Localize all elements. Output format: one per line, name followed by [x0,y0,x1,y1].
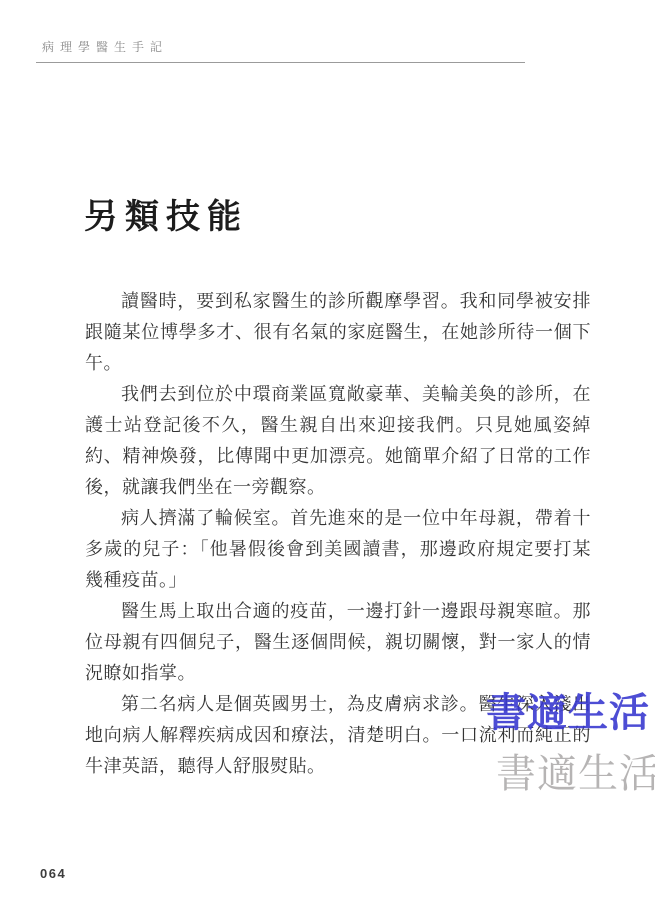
page-number: 064 [40,866,66,881]
paragraph: 第二名病人是個英國男士，為皮膚病求診。醫生深入淺出地向病人解釋疾病成因和療法，清… [85,689,591,782]
running-header: 病理學醫生手記 [42,38,168,55]
body-text: 讀醫時，要到私家醫生的診所觀摩學習。我和同學被安排跟隨某位博學多才、很有名氣的家… [85,286,591,782]
book-page: 病理學醫生手記 另類技能 讀醫時，要到私家醫生的診所觀摩學習。我和同學被安排跟隨… [0,0,655,917]
paragraph: 我們去到位於中環商業區寬敞豪華、美輪美奐的診所，在護士站登記後不久，醫生親自出來… [85,379,591,503]
paragraph: 病人擠滿了輪候室。首先進來的是一位中年母親，帶着十多歲的兒子：「他暑假後會到美國… [85,503,591,596]
chapter-title: 另類技能 [84,189,248,238]
paragraph: 醫生馬上取出合適的疫苗，一邊打針一邊跟母親寒暄。那位母親有四個兒子，醫生逐個問候… [85,596,591,689]
header-rule [36,62,525,63]
paragraph: 讀醫時，要到私家醫生的診所觀摩學習。我和同學被安排跟隨某位博學多才、很有名氣的家… [85,286,591,379]
